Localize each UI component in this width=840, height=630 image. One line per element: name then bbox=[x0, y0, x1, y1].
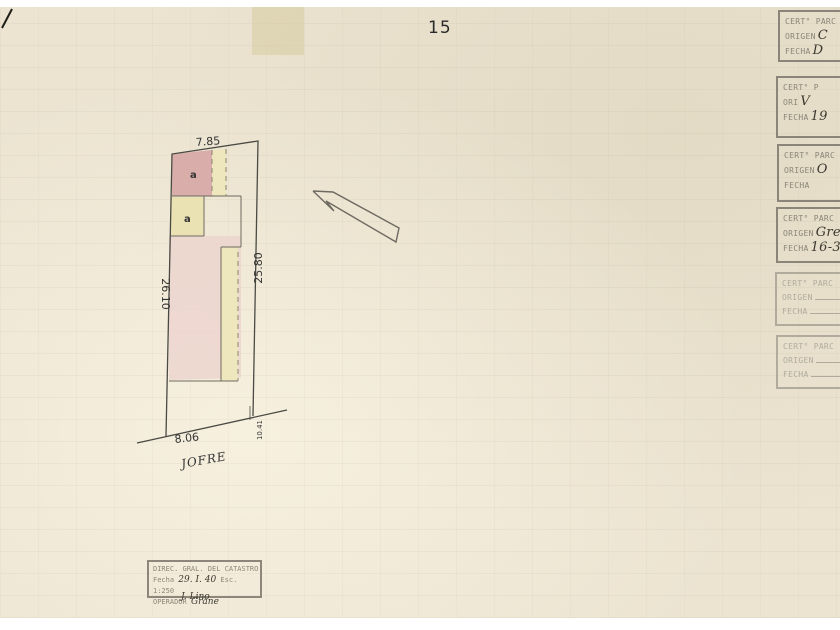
stamp-cert-label: CERT° PARC bbox=[783, 212, 840, 226]
stamp-fecha-label: FECHA bbox=[783, 113, 809, 122]
cert-stamp-3: CERT° PARC ORIGENO FECHA bbox=[777, 144, 840, 202]
cert-stamp-6: CERT° PARC ORIGEN FECHA bbox=[776, 335, 840, 389]
cert-stamp-2: CERT° P ORIV FECHA19 bbox=[776, 76, 840, 138]
yellow-strip-top bbox=[212, 149, 226, 196]
stamp-fecha-label: FECHA bbox=[783, 370, 809, 379]
stamp-fecha-label: FECHA bbox=[783, 244, 809, 253]
cert-stamp-5: CERT° PARC ORIGEN FECHA bbox=[775, 272, 840, 326]
yellow-strip-lower bbox=[221, 247, 238, 381]
stamp-cert-label: CERT° PARC bbox=[783, 340, 840, 354]
stamp-origen-label: ORIGEN bbox=[785, 32, 816, 41]
north-arrow-icon bbox=[313, 191, 399, 242]
stamp-origen-value: O bbox=[817, 162, 828, 177]
stamp-origen-label: ORIGEN bbox=[784, 166, 815, 175]
dim-top-width: 7.85 bbox=[195, 134, 220, 149]
unit-label-a-top: a bbox=[190, 170, 197, 181]
stamp-cert-label: CERT° PARC bbox=[784, 149, 840, 163]
stamp-origen-label: ORI bbox=[783, 98, 798, 107]
cert-stamp-1: CERT° PARC ORIGENC FECHAD bbox=[778, 10, 840, 62]
stamp-origen-label: ORIGEN bbox=[783, 229, 814, 238]
stamp-fecha-value: 16-3 bbox=[811, 240, 840, 255]
dim-left-depth: 26.10 bbox=[159, 278, 172, 310]
stamp-fecha-label: FECHA bbox=[784, 181, 810, 190]
stamp-origen-label: ORIGEN bbox=[782, 293, 813, 302]
catastro-fecha-value: 29. I. 40 bbox=[178, 575, 216, 585]
cert-stamp-4: CERT° PARC ORIGENGren. FECHA16-3 bbox=[776, 207, 840, 263]
stamp-origen-value: C bbox=[818, 28, 828, 43]
stamp-cert-label: CERT° P bbox=[783, 81, 840, 95]
plot-plan-drawing: 7.85 26.10 25.80 8.06 10.41 JOFRE a a bbox=[0, 0, 840, 630]
catastro-signature: J. Lino bbox=[181, 592, 210, 603]
dim-corner-distance: 10.41 bbox=[256, 420, 264, 440]
catastro-fecha-label: Fecha bbox=[153, 576, 174, 584]
unit-label-a-lower: a bbox=[184, 214, 191, 225]
stamp-fecha-label: FECHA bbox=[785, 47, 811, 56]
stamp-cert-label: CERT° PARC bbox=[782, 277, 840, 291]
stamp-cert-label: CERT° PARC bbox=[785, 15, 840, 29]
street-name: JOFRE bbox=[177, 449, 227, 471]
stamp-fecha-value: 19 bbox=[811, 109, 828, 124]
stamp-origen-value: Gren. bbox=[816, 225, 840, 240]
dim-right-depth: 25.80 bbox=[252, 252, 265, 284]
stamp-origen-value: V bbox=[800, 94, 810, 109]
stamp-origen-label: ORIGEN bbox=[783, 356, 814, 365]
catastro-title: DIREC. GRAL. DEL CATASTRO bbox=[153, 564, 260, 575]
stamp-fecha-value: D bbox=[813, 43, 824, 58]
catastro-stamp: DIREC. GRAL. DEL CATASTRO Fecha 29. I. 4… bbox=[147, 560, 262, 598]
stamp-fecha-label: FECHA bbox=[782, 307, 808, 316]
dim-front-width: 8.06 bbox=[174, 430, 200, 445]
